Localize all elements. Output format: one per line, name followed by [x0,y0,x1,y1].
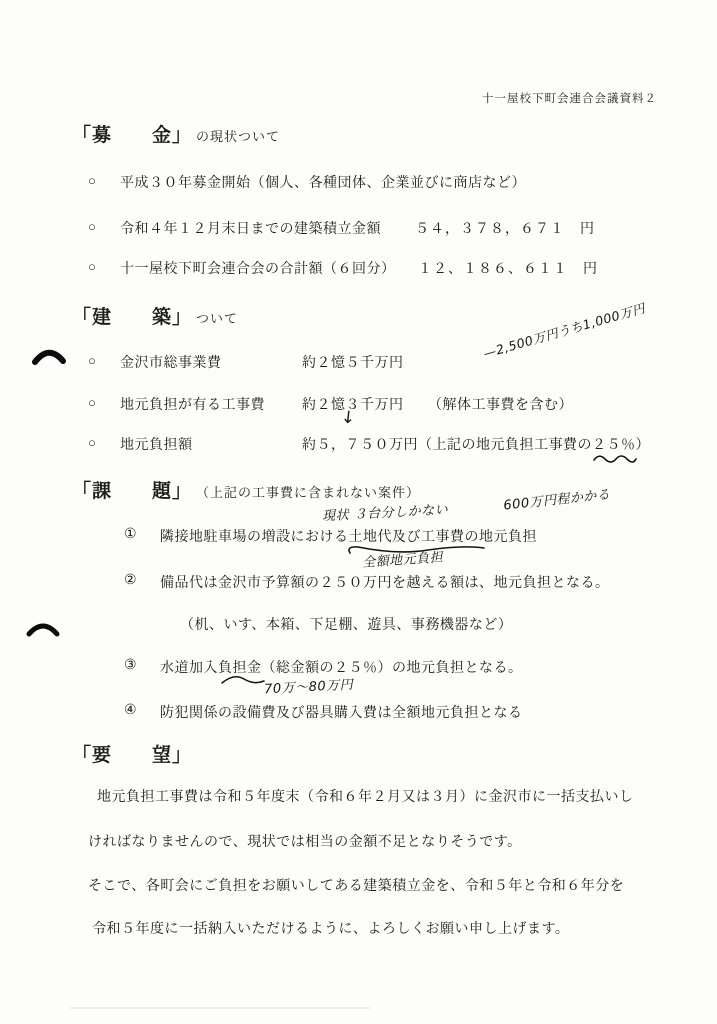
circle-bullet-icon: ○ [88,173,96,189]
section-heading-construction: 「建 築」 ついて [72,302,238,329]
request-line-3: そこで、各町会にご負担をお願いしてある建築積立金を、令和５年と令和６年分を [88,875,624,895]
section-heading-construction-bracket: 「建 築」 [72,302,192,329]
construction-item-3-value: 約５，７５０万円 [302,434,418,454]
fundraising-item-1-text: 平成３０年募金開始（個人、各種団体、企業並びに商店など） [120,172,526,192]
handwritten-note-water-range: 70万～80万円 [264,674,354,698]
circle-bullet-icon: ○ [88,259,96,275]
item-number-2: ② [124,572,137,589]
section-heading-fundraising: 「募 金」 の現状ついて [72,120,280,147]
fundraising-item-2-label: 令和４年１２月末日までの建築積立金額 [120,218,381,238]
section-heading-issues-suffix: （上記の工事費に含まれない案件） [196,482,420,501]
construction-item-2-label: 地元負担が有る工事費 [120,394,265,414]
circle-bullet-icon: ○ [88,219,96,235]
request-line-2: ければなりませんので、現状では相当の金額不足となりそうです。 [88,831,522,851]
construction-item-1-value: 約２憶５千万円 [302,352,404,372]
section-heading-issues-bracket: 「課 題」 [72,476,192,503]
fundraising-item-2-amount: ５４，３７８，６７１ 円 [415,218,595,238]
binder-hole-shadow-icon [26,622,60,638]
document-reference: 十一屋校下町会連合会議資料２ [482,90,657,106]
handwritten-wavy-underline [592,454,638,464]
request-line-1: 地元負担工事費は令和５年度末（令和６年２月又は３月）に金沢市に一括支払いし [97,786,634,806]
section-heading-construction-suffix: ついて [196,308,238,327]
handwritten-arrow-down-icon: ↓ [340,407,357,428]
circle-bullet-icon: ○ [88,395,96,411]
scan-streak [70,1007,370,1009]
section-heading-request-bracket: 「要 望」 [72,740,192,767]
item-number-1: ① [124,526,137,543]
circle-bullet-icon: ○ [88,353,96,369]
fundraising-item-3-amount: １２、１８６、６１１ 円 [418,258,598,278]
section-heading-fundraising-bracket: 「募 金」 [72,120,192,147]
construction-item-3-note: （上記の地元負担工事費の２５％） [418,434,650,454]
fundraising-item-3-label: 十一屋校下町会連合会の合計額（６回分） [120,258,396,278]
handwritten-note-parking-cost: 600万円程かかる [502,483,611,513]
issues-item-2-sub: （机、いす、本箱、下足棚、遊具、事務機器など） [180,614,512,634]
construction-item-3-label: 地元負担額 [120,434,193,454]
section-heading-request: 「要 望」 [72,740,192,767]
construction-item-2-note: （解体工事費を含む） [428,394,573,414]
construction-item-1-label: 金沢市総事業費 [120,352,222,372]
binder-hole-shadow-icon [32,348,66,366]
section-heading-fundraising-suffix: の現状ついて [196,126,280,145]
circle-bullet-icon: ○ [88,435,96,451]
request-line-4: 令和５年度に一括納入いただけるように、よろしくお願い申し上げます。 [92,918,569,938]
issues-item-4-text: 防犯関係の設備費及び器具購入費は全額地元負担となる [160,702,523,722]
issues-item-2-text: 備品代は金沢市予算額の２５０万円を越える額は、地元負担となる。 [160,572,610,592]
scanned-document-page: 十一屋校下町会連合会議資料２ 「募 金」 の現状ついて ○ 平成３０年募金開始（… [0,0,717,1024]
section-heading-issues: 「課 題」 （上記の工事費に含まれない案件） [72,476,420,503]
item-number-3: ③ [124,657,137,674]
handwritten-swoosh-water [220,673,266,685]
handwritten-note-total-cost: —2,500万円うち1,000万円 [481,299,647,362]
item-number-4: ④ [124,702,137,719]
